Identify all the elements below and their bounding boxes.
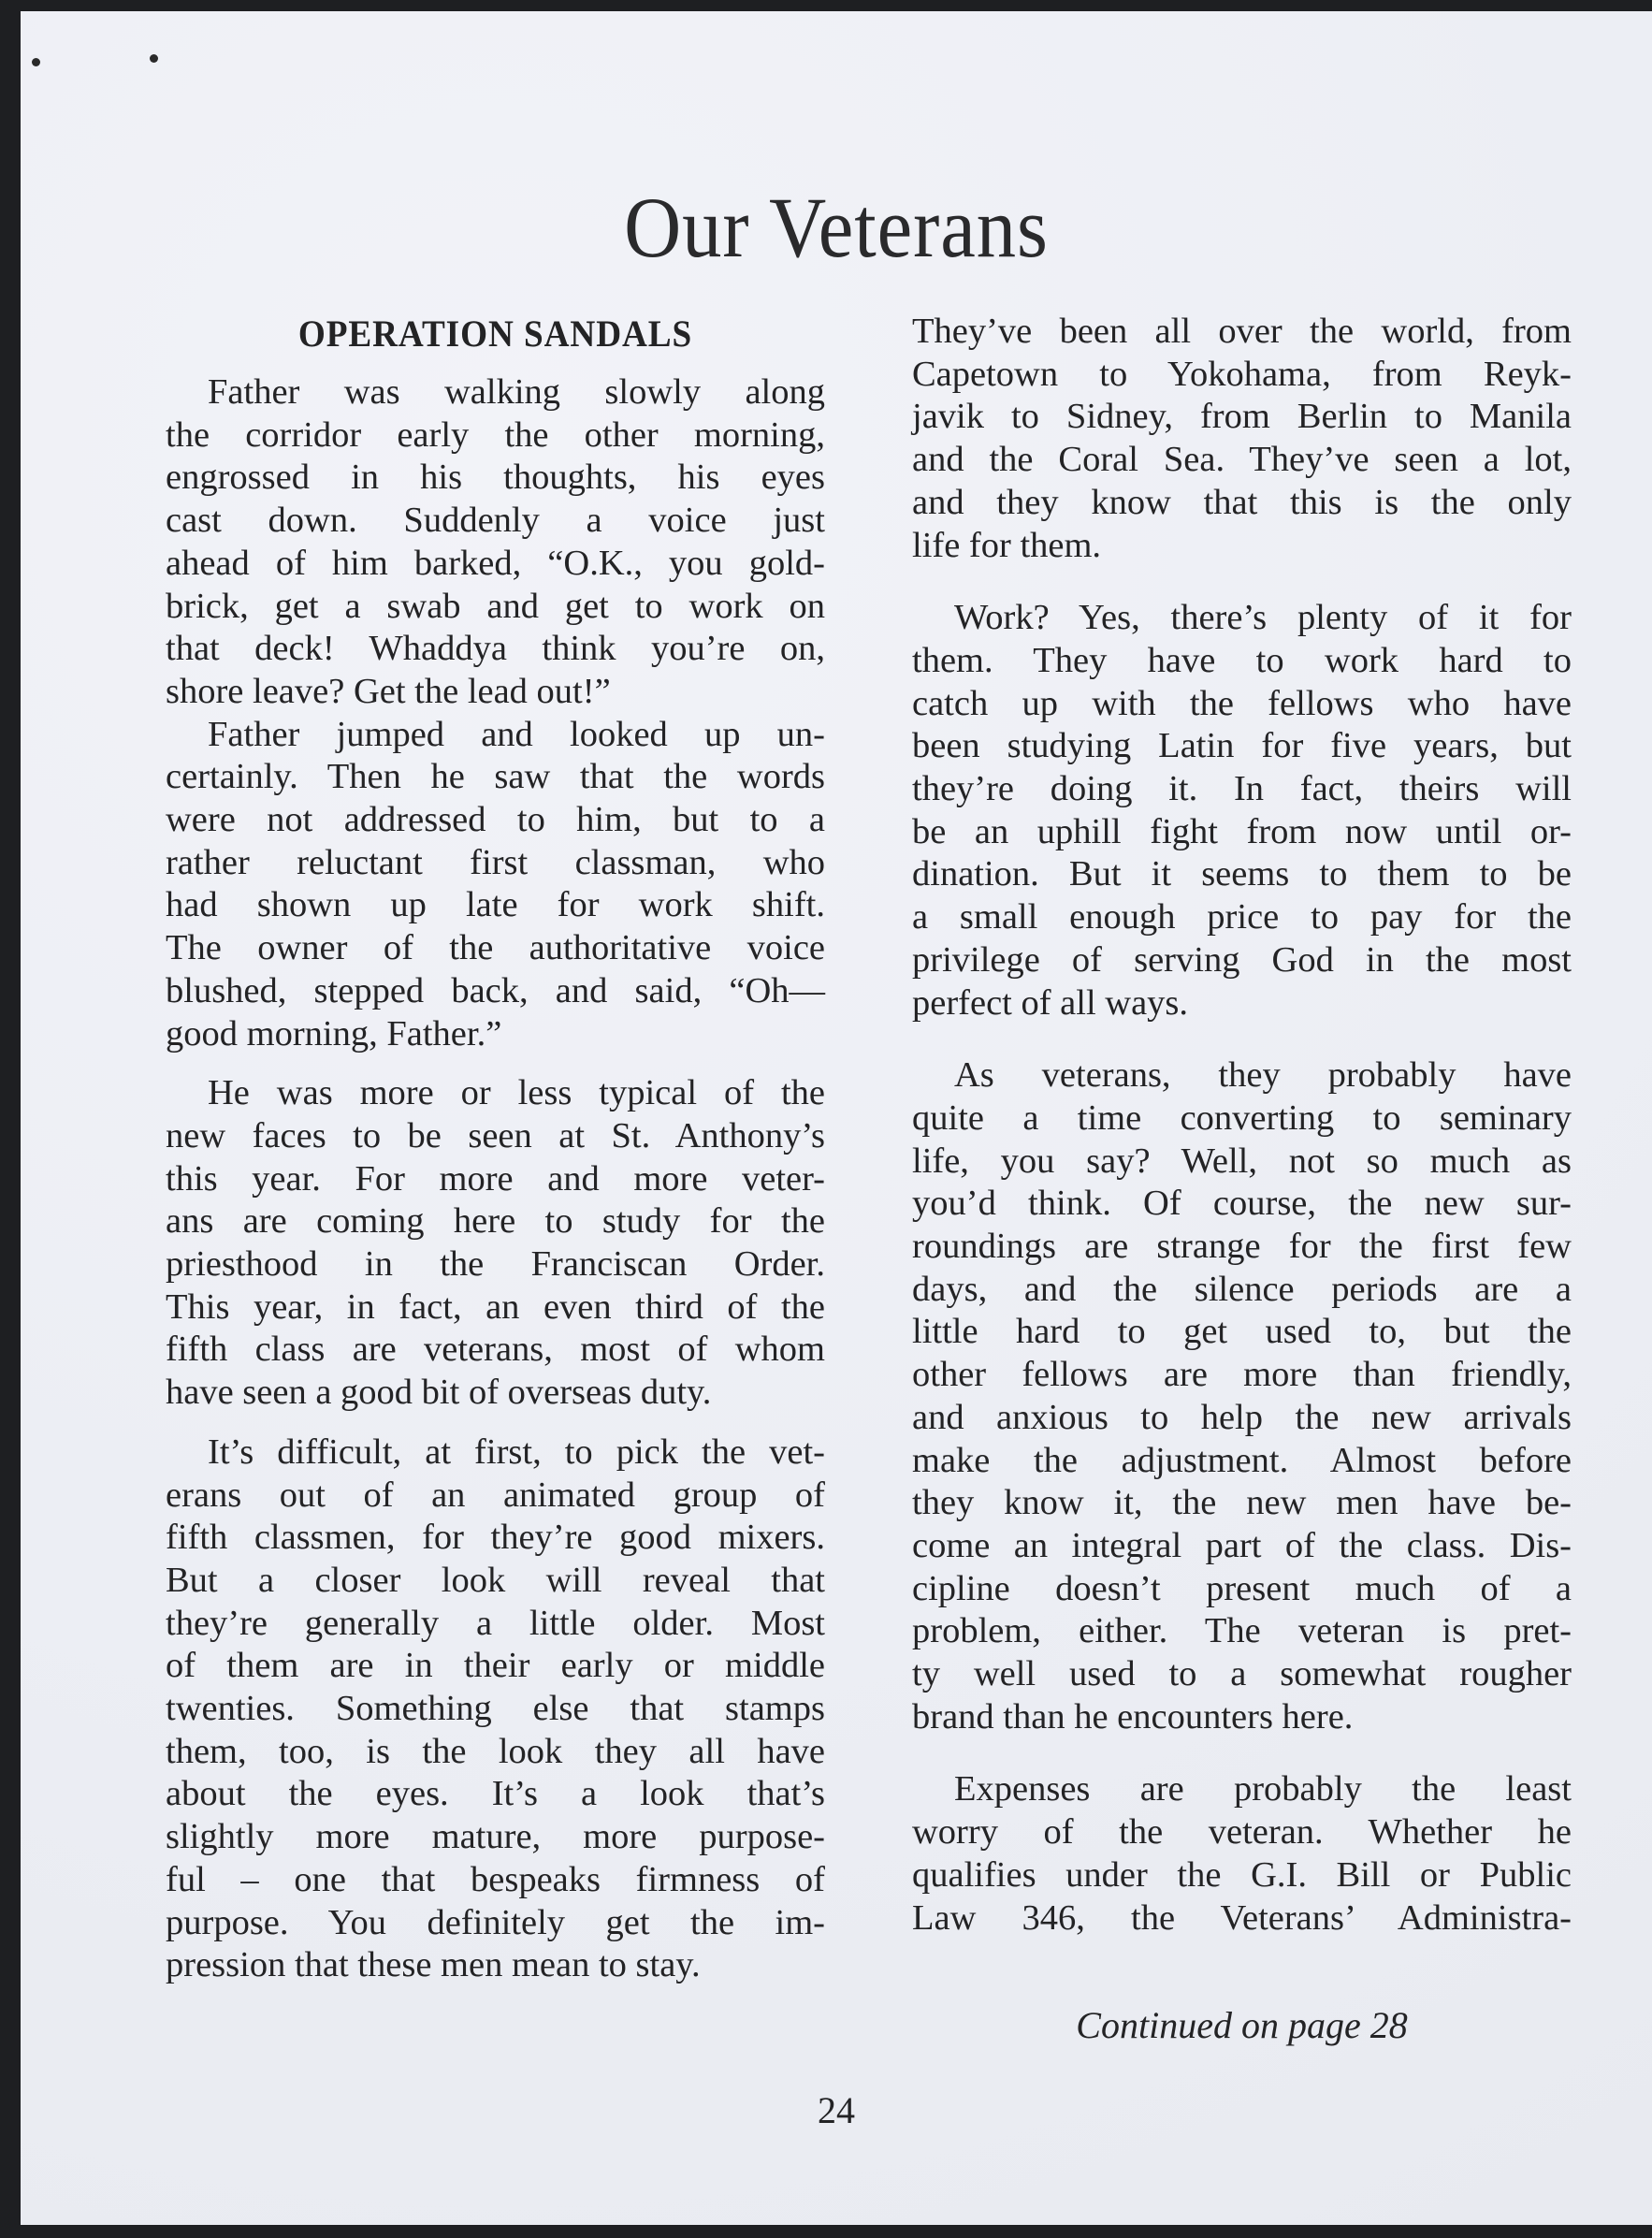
text-line: quite a time converting to seminary <box>912 1097 1572 1141</box>
text-line: other fellows are more than friendly, <box>912 1354 1572 1397</box>
text-line: cipline doesn’t present much of a <box>912 1568 1572 1611</box>
text-line: have seen a good bit of overseas duty. <box>166 1372 825 1415</box>
text-line: He was more or less typical of the <box>166 1072 825 1115</box>
text-line: make the adjustment. Almost before <box>912 1440 1572 1483</box>
text-line: good morning, Father.” <box>166 1013 825 1056</box>
text-line: cast down. Suddenly a voice just <box>166 500 825 543</box>
text-line: As veterans, they probably have <box>912 1054 1572 1097</box>
text-line: little hard to get used to, but the <box>912 1311 1572 1354</box>
text-line: qualifies under the G.I. Bill or Public <box>912 1854 1572 1897</box>
punch-hole-mark <box>32 58 40 66</box>
text-line: privilege of serving God in the most <box>912 939 1572 982</box>
text-line: priesthood in the Franciscan Order. <box>166 1243 825 1286</box>
text-line: and anxious to help the new arrivals <box>912 1397 1572 1440</box>
text-line: Work? Yes, there’s plenty of it for <box>912 597 1572 640</box>
text-line: about the eyes. It’s a look that’s <box>166 1773 825 1816</box>
text-line: Father jumped and looked up un- <box>166 714 825 757</box>
text-line: ful – one that bespeaks firmness of <box>166 1859 825 1902</box>
text-line: purpose. You definitely get the im- <box>166 1902 825 1945</box>
text-line: been studying Latin for five years, but <box>912 725 1572 768</box>
text-line: were not addressed to him, but to a <box>166 799 825 842</box>
page-title: Our Veterans <box>86 178 1587 277</box>
text-line: this year. For more and more veter- <box>166 1158 825 1201</box>
text-line: and the Coral Sea. They’ve seen a lot, <box>912 439 1572 482</box>
text-line: Capetown to Yokohama, from Reyk- <box>912 354 1572 397</box>
text-line: erans out of an animated group of <box>166 1475 825 1518</box>
text-line: dination. But it seems to them to be <box>912 853 1572 896</box>
text-line: blushed, stepped back, and said, “Oh— <box>166 970 825 1013</box>
text-line: fifth class are veterans, most of whom <box>166 1329 825 1372</box>
text-line: brand than he encounters here. <box>912 1696 1572 1739</box>
article-heading: OPERATION SANDALS <box>189 312 803 356</box>
text-line: new faces to be seen at St. Anthony’s <box>166 1115 825 1158</box>
text-line: they’re generally a little older. Most <box>166 1603 825 1646</box>
text-line: ty well used to a somewhat rougher <box>912 1653 1572 1696</box>
text-line: you’d think. Of course, the new sur- <box>912 1183 1572 1226</box>
text-line: roundings are strange for the first few <box>912 1226 1572 1269</box>
continued-note: Continued on page 28 <box>912 2004 1572 2047</box>
text-line: days, and the silence periods are a <box>912 1269 1572 1312</box>
text-line: Father was walking slowly along <box>166 371 825 414</box>
text-line: It’s difficult, at first, to pick the ve… <box>166 1431 825 1475</box>
text-line: the corridor early the other morning, <box>166 414 825 458</box>
text-line: certainly. Then he saw that the words <box>166 756 825 799</box>
text-line: They’ve been all over the world, from <box>912 311 1572 354</box>
text-line: catch up with the fellows who have <box>912 683 1572 726</box>
text-line: they’re doing it. In fact, theirs will <box>912 768 1572 811</box>
text-line: had shown up late for work shift. <box>166 884 825 927</box>
text-line: But a closer look will reveal that <box>166 1560 825 1603</box>
text-line: pression that these men mean to stay. <box>166 1944 825 1987</box>
text-line: rather reluctant first classman, who <box>166 842 825 885</box>
text-line: Law 346, the Veterans’ Administra- <box>912 1897 1572 1940</box>
text-line: ahead of him barked, “O.K., you gold- <box>166 543 825 586</box>
text-line: be an uphill fight from now until or- <box>912 811 1572 854</box>
text-line: them. They have to work hard to <box>912 640 1572 683</box>
text-line: perfect of all ways. <box>912 982 1572 1025</box>
text-line: life, you say? Well, not so much as <box>912 1141 1572 1184</box>
text-line: they know it, the new men have be- <box>912 1482 1572 1525</box>
text-line: life for them. <box>912 525 1572 568</box>
text-line: This year, in fact, an even third of the <box>166 1286 825 1330</box>
text-line: fifth classmen, for they’re good mixers. <box>166 1517 825 1560</box>
text-line: worry of the veteran. Whether he <box>912 1811 1572 1854</box>
text-line: that deck! Whaddya think you’re on, <box>166 628 825 671</box>
magazine-page: Our Veterans OPERATION SANDALS Father wa… <box>21 11 1652 2225</box>
text-line: a small enough price to pay for the <box>912 896 1572 939</box>
text-line: javik to Sidney, from Berlin to Manila <box>912 396 1572 439</box>
text-line: Expenses are probably the least <box>912 1768 1572 1811</box>
text-line: of them are in their early or middle <box>166 1645 825 1688</box>
text-line: come an integral part of the class. Dis- <box>912 1525 1572 1568</box>
page-number: 24 <box>21 2088 1652 2132</box>
text-line: engrossed in his thoughts, his eyes <box>166 457 825 500</box>
text-line: problem, either. The veteran is pret- <box>912 1610 1572 1653</box>
text-line: twenties. Something else that stamps <box>166 1688 825 1731</box>
text-line: them, too, is the look they all have <box>166 1731 825 1774</box>
text-line: slightly more mature, more purpose- <box>166 1816 825 1859</box>
text-line: shore leave? Get the lead out!” <box>166 671 825 714</box>
text-line: and they know that this is the only <box>912 482 1572 525</box>
punch-hole-mark <box>150 54 158 63</box>
text-line: The owner of the authoritative voice <box>166 927 825 970</box>
text-line: ans are coming here to study for the <box>166 1200 825 1243</box>
text-line: brick, get a swab and get to work on <box>166 586 825 629</box>
